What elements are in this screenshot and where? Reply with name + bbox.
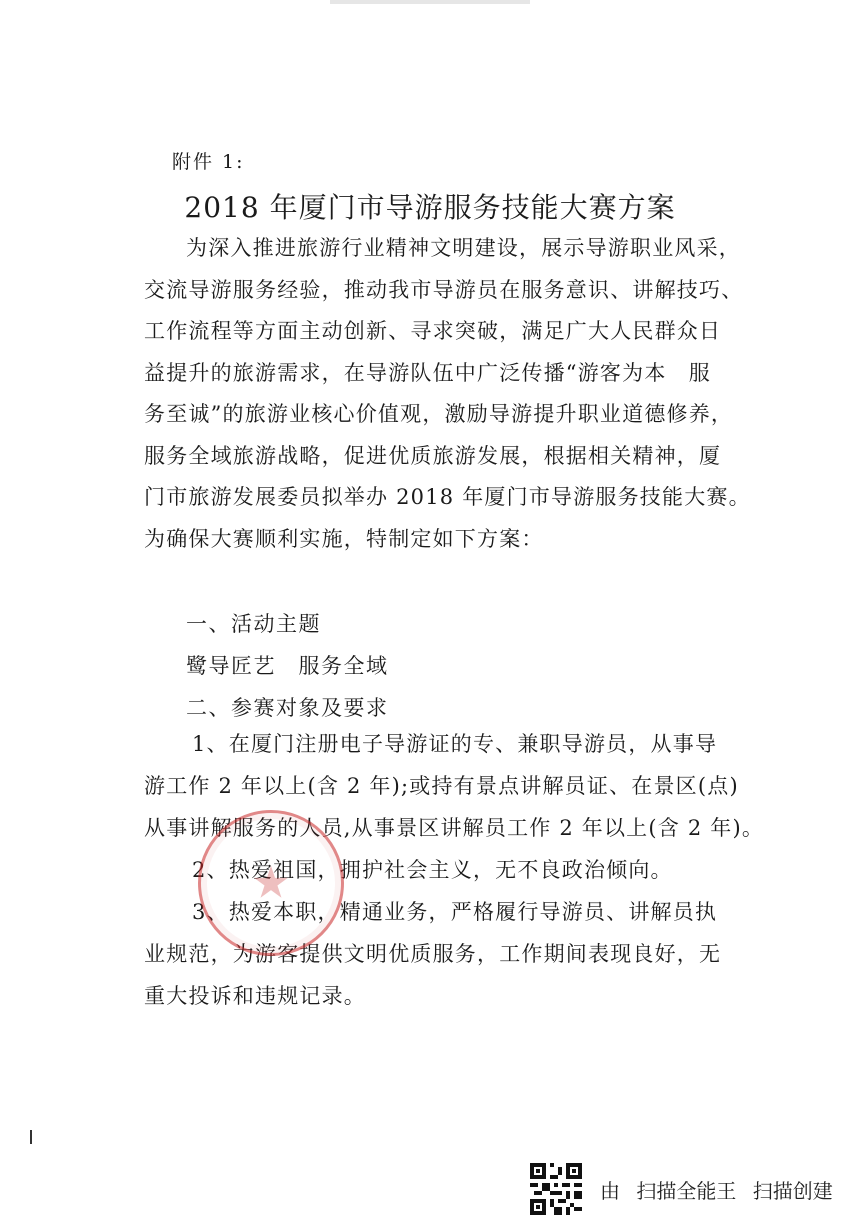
section-theme-content: 鹭导匠艺 服务全域 — [186, 650, 389, 680]
intro-line: 服务全域旅游战略，促进优质旅游发展，根据相关精神，厦 — [144, 436, 744, 478]
intro-paragraph: 为深入推进旅游行业精神文明建设，展示导游职业风采， 交流导游服务经验，推动我市导… — [144, 228, 744, 560]
scan-mark — [30, 1130, 32, 1144]
footer-created: 扫描创建 — [753, 1179, 833, 1203]
requirement-item-1-line-1: 1、在厦门注册电子导游证的专、兼职导游员，从事导 — [144, 724, 717, 766]
intro-line: 为深入推进旅游行业精神文明建设，展示导游职业风采， — [144, 228, 744, 270]
requirement-item-1-line-2: 游工作 2 年以上(含 2 年);或持有景点讲解员证、在景区(点) — [144, 766, 739, 808]
section-heading-theme: 一、活动主题 — [186, 608, 321, 638]
footer-by: 由 — [600, 1179, 620, 1203]
footer-app-name: 扫描全能王 — [636, 1179, 736, 1203]
intro-line: 益提升的旅游需求，在导游队伍中广泛传播“游客为本 服 — [144, 353, 744, 395]
document-title: 2018 年厦门市导游服务技能大赛方案 — [0, 186, 860, 226]
intro-line: 门市旅游发展委员拟举办 2018 年厦门市导游服务技能大赛。 — [144, 477, 744, 519]
intro-line: 务至诚”的旅游业核心价值观，激励导游提升职业道德修养， — [144, 394, 744, 436]
qr-code-icon — [530, 1163, 582, 1215]
star-icon: ★ — [251, 858, 290, 909]
intro-line: 工作流程等方面主动创新、寻求突破，满足广大人民群众日 — [144, 311, 744, 353]
requirement-item-3-line-3: 重大投诉和违规记录。 — [144, 976, 366, 1018]
intro-line: 为确保大赛顺利实施，特制定如下方案： — [144, 519, 744, 561]
scanner-footer: 由 扫描全能王 扫描创建 — [600, 1175, 843, 1204]
section-heading-participants: 二、参赛对象及要求 — [186, 692, 389, 722]
official-seal-stamp: ★ — [198, 810, 344, 956]
intro-line: 交流导游服务经验，推动我市导游员在服务意识、讲解技巧、 — [144, 270, 744, 312]
scan-edge — [330, 0, 530, 4]
attachment-label: 附件 1: — [172, 147, 245, 174]
